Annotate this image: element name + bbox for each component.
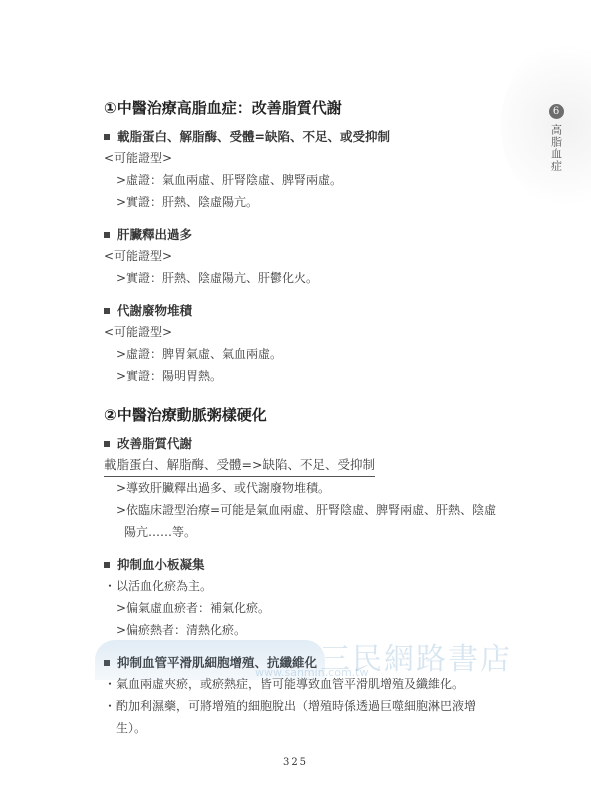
underlined-statement: 載脂蛋白、解脂酶、受體=>缺陷、不足、受抑制 bbox=[104, 455, 375, 477]
type-label: <可能證型> bbox=[104, 147, 524, 169]
chapter-title: 高脂血症 bbox=[549, 124, 564, 172]
chapter-tab: 6 高脂血症 bbox=[548, 104, 564, 172]
page-number: 325 bbox=[0, 757, 591, 768]
square-bullet-icon bbox=[104, 134, 110, 140]
square-bullet-icon bbox=[104, 232, 110, 238]
dot-bullet-icon: ・ bbox=[104, 695, 116, 717]
item-heading: 抑制血小板凝集 bbox=[104, 555, 524, 575]
dot-bullet-line: ・氣血兩虛夾瘀，或瘀熱症，皆可能導致血管平滑肌增殖及纖維化。 bbox=[104, 673, 524, 695]
wrapped-text-line: >依臨床證型治療=可能是氣血兩虛、肝腎陰虛、脾腎兩虛、肝熱、陰虛 陽亢……等。 bbox=[104, 499, 524, 543]
square-bullet-icon bbox=[104, 562, 110, 568]
item-heading: 肝臟釋出過多 bbox=[104, 225, 524, 245]
text-line: >實證：陽明胃熱。 bbox=[104, 365, 524, 387]
text-line: >虛證：脾胃氣虛、氣血兩虛。 bbox=[104, 343, 524, 365]
text-line: >偏氣虛血瘀者：補氣化瘀。 bbox=[104, 597, 524, 619]
square-bullet-icon bbox=[104, 441, 110, 447]
text-line: >實證：肝熱、陰虛陽亢、肝鬱化火。 bbox=[104, 267, 524, 289]
square-bullet-icon bbox=[104, 308, 110, 314]
dot-bullet-line-wrapped: ・酌加利濕藥，可將增殖的細胞脫出（增殖時係透過巨噬細胞淋巴液增 生）。 bbox=[104, 695, 524, 739]
text-line: >實證：肝熱、陰虛陽亢。 bbox=[104, 191, 524, 213]
section-title-2: ②中醫治療動脈粥樣硬化 bbox=[104, 403, 524, 427]
section-title-1: ①中醫治療高脂血症：改善脂質代謝 bbox=[104, 96, 524, 120]
item-heading: 載脂蛋白、解脂酶、受體=缺陷、不足、或受抑制 bbox=[104, 127, 524, 147]
item-heading: 抑制血管平滑肌細胞增殖、抗纖維化 bbox=[104, 653, 524, 673]
dot-bullet-line: ・以活血化瘀為主。 bbox=[104, 575, 524, 597]
dot-bullet-icon: ・ bbox=[104, 673, 116, 695]
text-line: >虛證：氣血兩虛、肝腎陰虛、脾腎兩虛。 bbox=[104, 169, 524, 191]
square-bullet-icon bbox=[104, 660, 110, 666]
dot-bullet-icon: ・ bbox=[104, 575, 116, 597]
chapter-number-badge: 6 bbox=[549, 104, 564, 119]
type-label: <可能證型> bbox=[104, 245, 524, 267]
page-content: ①中醫治療高脂血症：改善脂質代謝 載脂蛋白、解脂酶、受體=缺陷、不足、或受抑制 … bbox=[104, 96, 524, 739]
type-label: <可能證型> bbox=[104, 321, 524, 343]
item-heading: 代謝廢物堆積 bbox=[104, 301, 524, 321]
text-line: >偏瘀熱者：清熱化瘀。 bbox=[104, 619, 524, 641]
item-heading: 改善脂質代謝 bbox=[104, 434, 524, 454]
text-line: >導致肝臟釋出過多、或代謝廢物堆積。 bbox=[104, 477, 524, 499]
